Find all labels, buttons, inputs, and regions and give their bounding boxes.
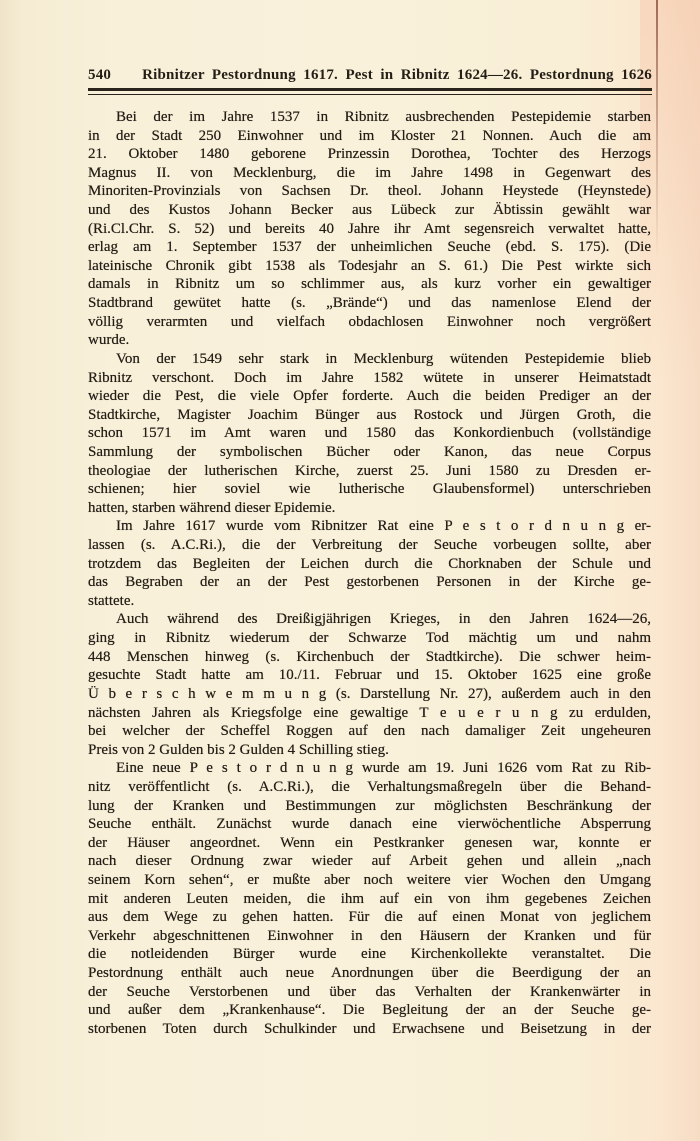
text-line: hatten, starben während dieser Epidemie. — [88, 499, 651, 518]
text-line: wurde. — [88, 331, 651, 350]
text-line: wieder die Pest, die viele Opfer fordert… — [88, 387, 651, 406]
text-line: die notleidenden Bürger wurde eine Kirch… — [88, 945, 651, 964]
text-line: ging in Ribnitz wiederum der Schwarze To… — [88, 629, 651, 648]
text-line: Bei der im Jahre 1537 in Ribnitz ausbrec… — [88, 108, 651, 127]
text-line: das Begraben der an der Pest gestorbenen… — [88, 573, 651, 592]
text-line: seinem Korn sehen“, er mußte aber noch w… — [88, 871, 651, 890]
text-line: gesuchte Stadt hatte am 10./11. Februar … — [88, 666, 651, 685]
text-line: Stadtbrand gewütet hatte (s. „Brände“) u… — [88, 294, 651, 313]
text-line: mit anderen Leuten meiden, die ihm auf e… — [88, 890, 651, 909]
text-line: (Ri.Cl.Chr. S. 52) und bereits 40 Jahre … — [88, 220, 651, 239]
text-line: Sammlung der symbolischen Bücher oder Ka… — [88, 443, 651, 462]
text-line: storbenen Toten durch Schulkinder und Er… — [88, 1020, 651, 1039]
text-line: Ü b e r s c h w e m m u n g (s. Darstell… — [88, 685, 651, 704]
text-line: trotzdem das Begleiten der Leichen durch… — [88, 555, 651, 574]
text-line: Ribnitz verschont. Doch im Jahre 1582 wü… — [88, 369, 651, 388]
text-line: Eine neue P e s t o r d n u n g wurde am… — [88, 759, 651, 778]
book-page: 540 Ribnitzer Pestordnung 1617. Pest in … — [0, 0, 700, 1141]
text-line: Preis von 2 Gulden bis 2 Gulden 4 Schill… — [88, 741, 651, 760]
text-line: schon 1571 im Amt waren und 1580 das Kon… — [88, 424, 651, 443]
text-line: Verkehr abgeschnittenen Einwohner in den… — [88, 927, 651, 946]
header-rule-thin — [88, 94, 652, 95]
text-line: und des Kustos Johann Becker aus Lübeck … — [88, 201, 651, 220]
text-line: damals in Ribnitz um so schlimmer aus, a… — [88, 275, 651, 294]
text-line: Stadtkirche, Magister Joachim Bünger aus… — [88, 406, 651, 425]
text-line: schienen; hier soviel wie lutherische Gl… — [88, 480, 651, 499]
text-line: lassen (s. A.C.Ri.), die der Verbreitung… — [88, 536, 651, 555]
text-line: in der Stadt 250 Einwohner und im Kloste… — [88, 127, 651, 146]
page-number: 540 — [88, 66, 142, 84]
header-rule-thick — [88, 88, 652, 91]
text-line: nächsten Jahren als Kriegsfolge eine gew… — [88, 704, 651, 723]
text-line: aus dem Wege zu gehen hatten. Für die au… — [88, 908, 651, 927]
text-line: bei welcher der Scheffel Roggen auf den … — [88, 722, 651, 741]
text-line: Minoriten-Provinzials von Sachsen Dr. th… — [88, 182, 651, 201]
spine-edge-line — [656, 0, 658, 260]
text-line: Magnus II. von Mecklenburg, die im Jahre… — [88, 164, 651, 183]
text-line: nach dieser Ordnung zwar wieder auf Arbe… — [88, 852, 651, 871]
text-line: lung der Kranken und Bestimmungen zur mö… — [88, 797, 651, 816]
running-header: 540 Ribnitzer Pestordnung 1617. Pest in … — [88, 66, 652, 84]
running-title: Ribnitzer Pestordnung 1617. Pest in Ribn… — [142, 66, 652, 84]
text-line: Seuche enthält. Zunächst wurde danach ei… — [88, 815, 651, 834]
text-line: Im Jahre 1617 wurde vom Ribnitzer Rat ei… — [88, 517, 651, 536]
text-line: der Seuche Verstorbenen und über das Ver… — [88, 983, 651, 1002]
text-line: völlig verarmten und vielfach obdachlose… — [88, 313, 651, 332]
text-line: nitz veröffentlicht (s. A.C.Ri.), die Ve… — [88, 778, 651, 797]
text-line: 21. Oktober 1480 geborene Prinzessin Dor… — [88, 145, 651, 164]
text-line: 448 Menschen hinweg (s. Kirchenbuch der … — [88, 648, 651, 667]
text-line: erlag am 1. September 1537 der unheimlic… — [88, 238, 651, 257]
text-line: und außer dem „Krankenhause“. Die Beglei… — [88, 1001, 651, 1020]
text-line: Pestordnung enthält auch neue Anordnunge… — [88, 964, 651, 983]
text-line: Von der 1549 sehr stark in Mecklenburg w… — [88, 350, 651, 369]
text-line: theologiae der lutherischen Kirche, zuer… — [88, 462, 651, 481]
text-line: stattete. — [88, 592, 651, 611]
text-line: der Häuser angeordnet. Wenn ein Pestkran… — [88, 834, 651, 853]
text-line: Auch während des Dreißigjährigen Krieges… — [88, 610, 651, 629]
body-text: Bei der im Jahre 1537 in Ribnitz ausbrec… — [88, 108, 651, 1038]
text-line: lateinische Chronik gibt 1538 als Todesj… — [88, 257, 651, 276]
